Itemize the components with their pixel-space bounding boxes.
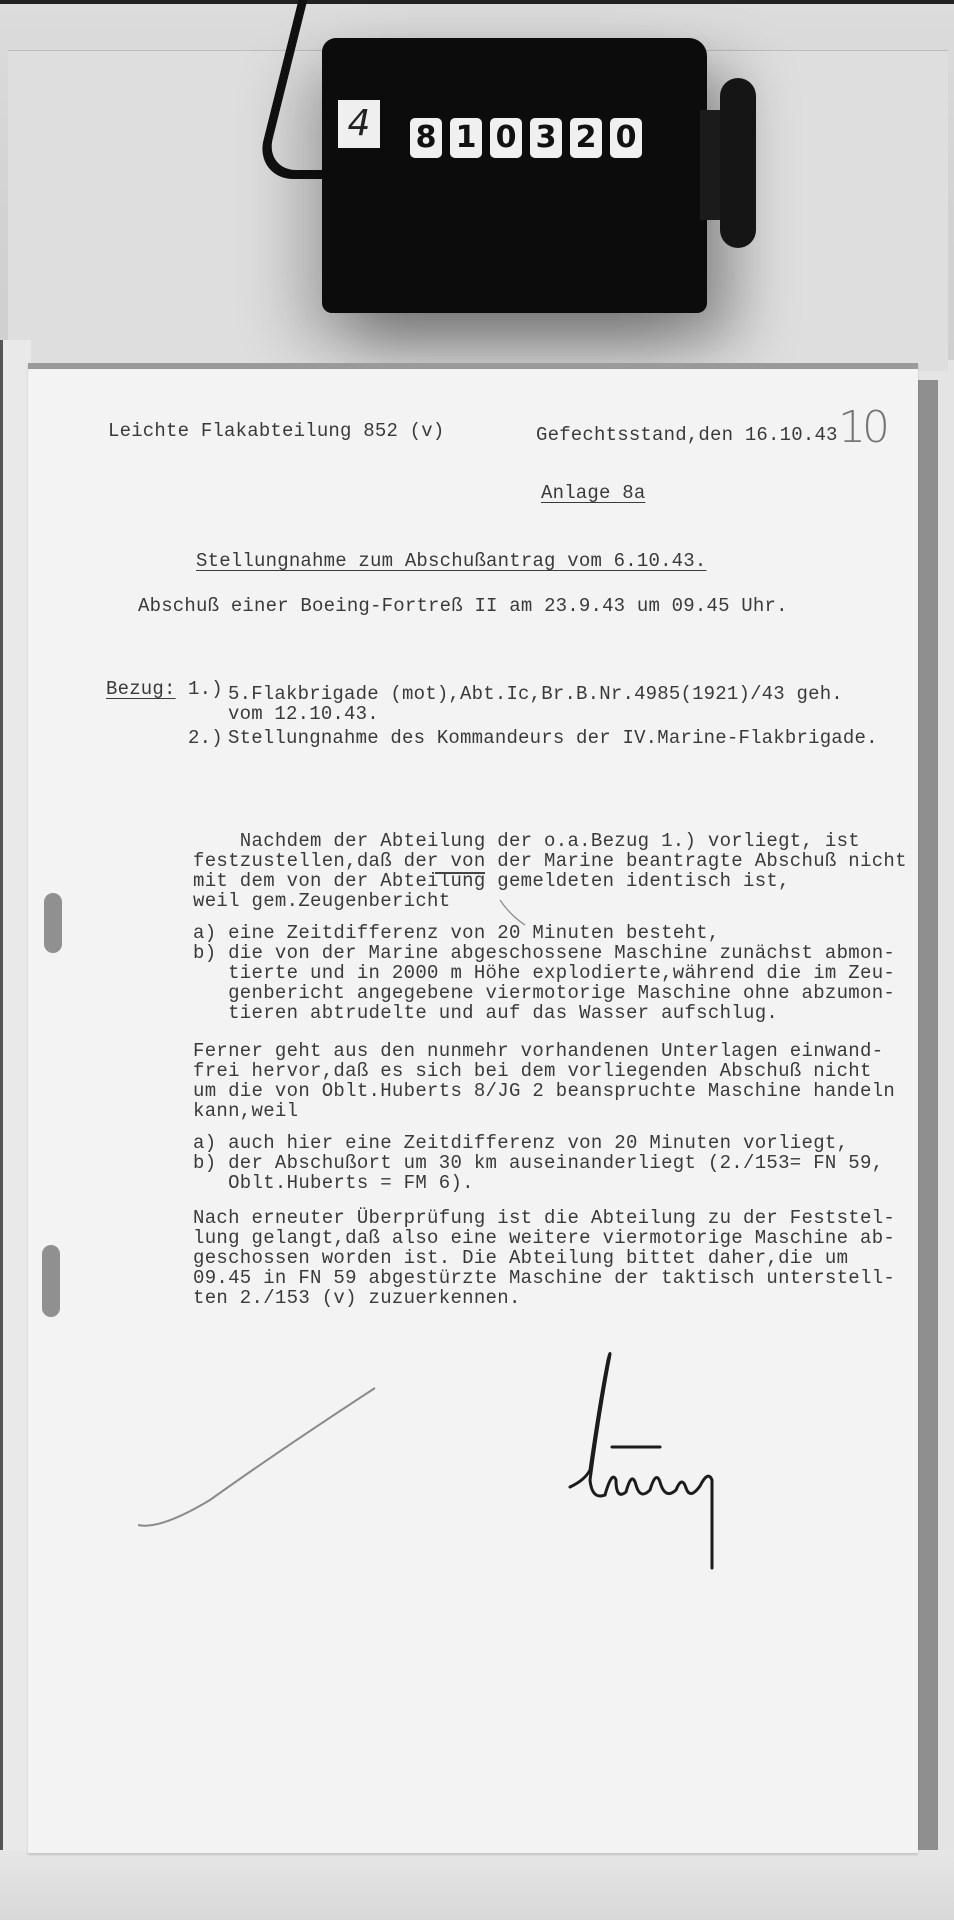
pencil-mark (500, 900, 525, 925)
handwriting-layer (0, 0, 954, 1920)
pencil-stroke (138, 1388, 375, 1526)
signature (570, 1354, 712, 1568)
